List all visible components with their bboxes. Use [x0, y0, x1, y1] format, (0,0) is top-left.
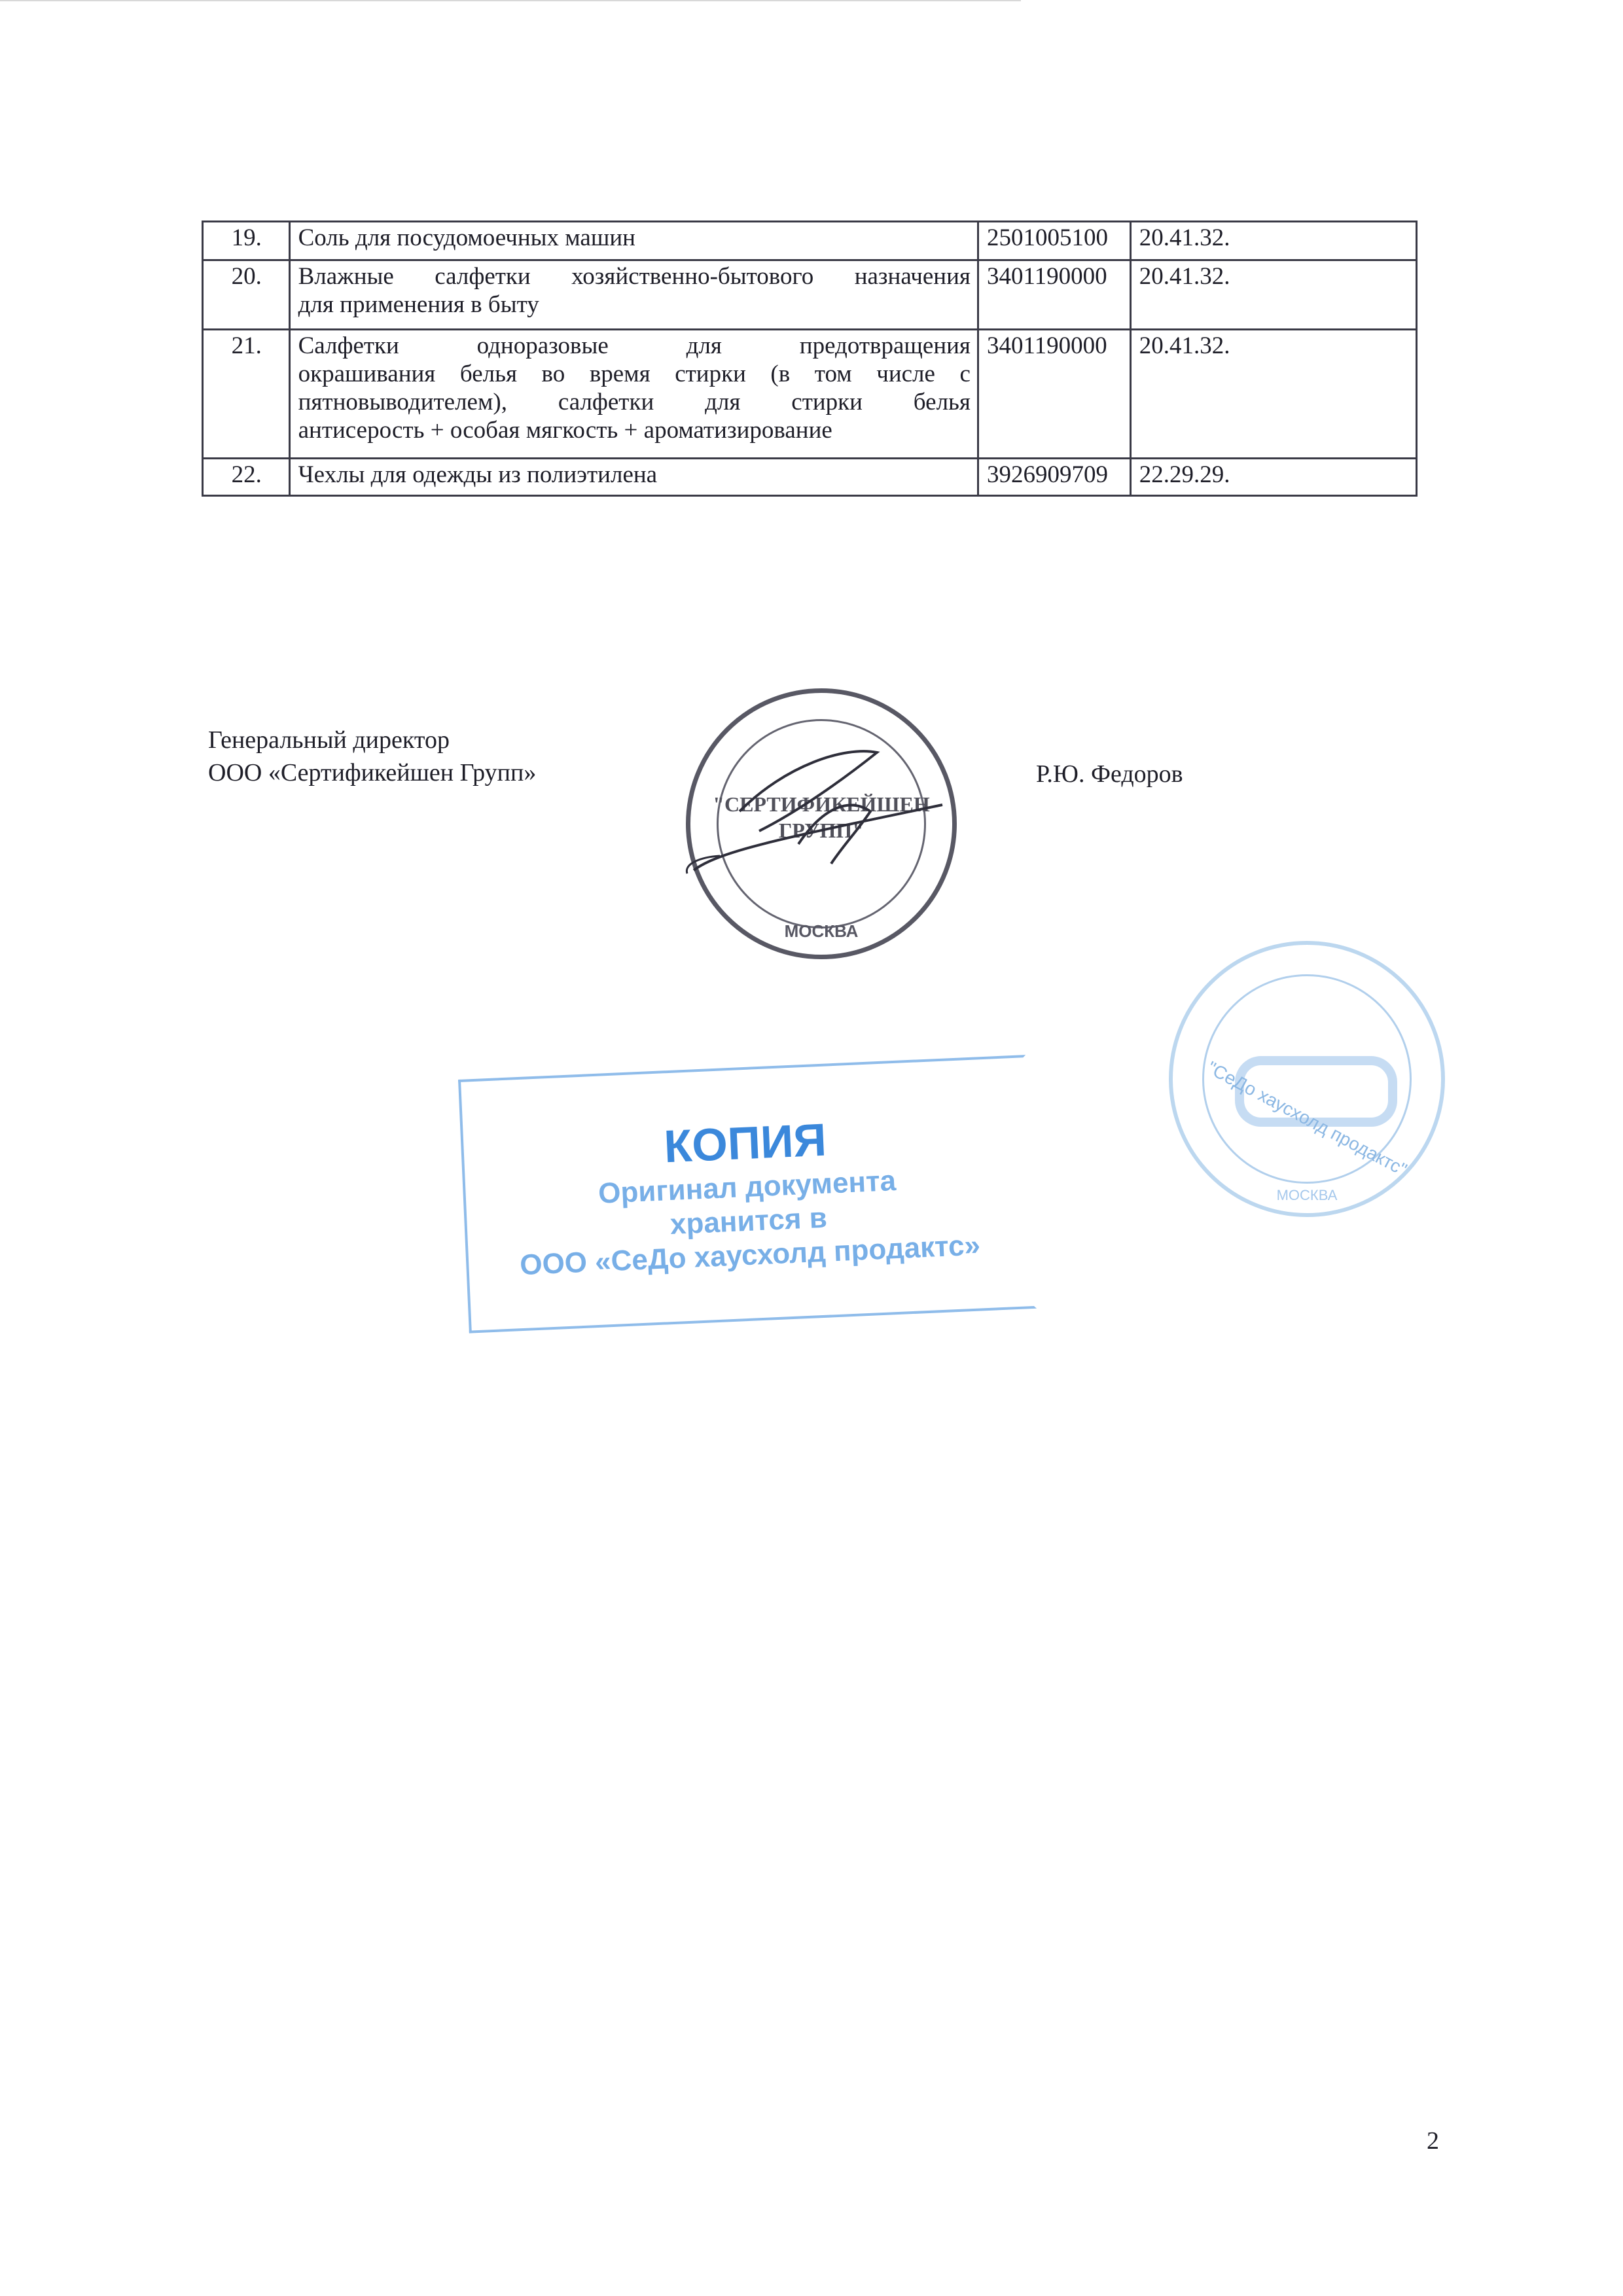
signatory-name: Р.Ю. Федоров [1036, 758, 1183, 790]
table-row: 22. Чехлы для одежды из полиэтилена 3926… [203, 459, 1417, 496]
product-name-line: пятновыводителем), салфетки для стирки б… [298, 388, 971, 416]
product-name-line: для применения в быту [298, 291, 971, 319]
table-row: 21. Салфетки одноразовые для предотвраще… [203, 330, 1417, 459]
product-name-line: антисерость + особая мягкость + ароматиз… [298, 416, 971, 444]
okpd2-code: 22.29.29. [1130, 459, 1416, 496]
row-number: 22. [203, 459, 290, 496]
seal-city: МОСКВА [1173, 1187, 1441, 1204]
product-name-line: Влажные салфетки хозяйственно-бытового н… [298, 262, 971, 291]
product-name: Соль для посудомоечных машин [289, 222, 978, 260]
tnved-code: 2501005100 [978, 222, 1130, 260]
tnved-code: 3401190000 [978, 330, 1130, 459]
okpd2-code: 20.41.32. [1130, 330, 1416, 459]
product-name: Салфетки одноразовые для предотвращения … [289, 330, 978, 459]
product-name-line: Салфетки одноразовые для предотвращения [298, 332, 971, 360]
signatory-position: Генеральный директор [208, 724, 536, 756]
row-number: 19. [203, 222, 290, 260]
page-number: 2 [1427, 2127, 1439, 2155]
seal-city: МОСКВА [690, 921, 952, 942]
okpd2-code: 20.41.32. [1130, 260, 1416, 330]
signatory-title: Генеральный директор ООО «Сертификейшен … [208, 724, 536, 789]
product-name: Влажные салфетки хозяйственно-бытового н… [289, 260, 978, 330]
handwritten-signature [681, 739, 955, 883]
tnved-code: 3926909709 [978, 459, 1130, 496]
sedo-household-seal: "СеДо хаусхолд продактс" МОСКВА [1169, 941, 1445, 1217]
table-row: 20. Влажные салфетки хозяйственно-бытово… [203, 260, 1417, 330]
table-row: 19. Соль для посудомоечных машин 2501005… [203, 222, 1417, 260]
row-number: 20. [203, 260, 290, 330]
product-name-line: Чехлы для одежды из полиэтилена [298, 461, 971, 489]
signatory-company: ООО «Сертификейшен Групп» [208, 756, 536, 789]
product-table: 19. Соль для посудомоечных машин 2501005… [202, 221, 1418, 497]
product-name: Чехлы для одежды из полиэтилена [289, 459, 978, 496]
scan-edge-line [0, 0, 1021, 1]
copy-stamp: КОПИЯ Оригинал документа хранится в ООО … [458, 1055, 1037, 1333]
okpd2-code: 20.41.32. [1130, 222, 1416, 260]
product-name-line: окрашивания белья во время стирки (в том… [298, 360, 971, 388]
tnved-code: 3401190000 [978, 260, 1130, 330]
row-number: 21. [203, 330, 290, 459]
product-name-line: Соль для посудомоечных машин [298, 224, 971, 252]
